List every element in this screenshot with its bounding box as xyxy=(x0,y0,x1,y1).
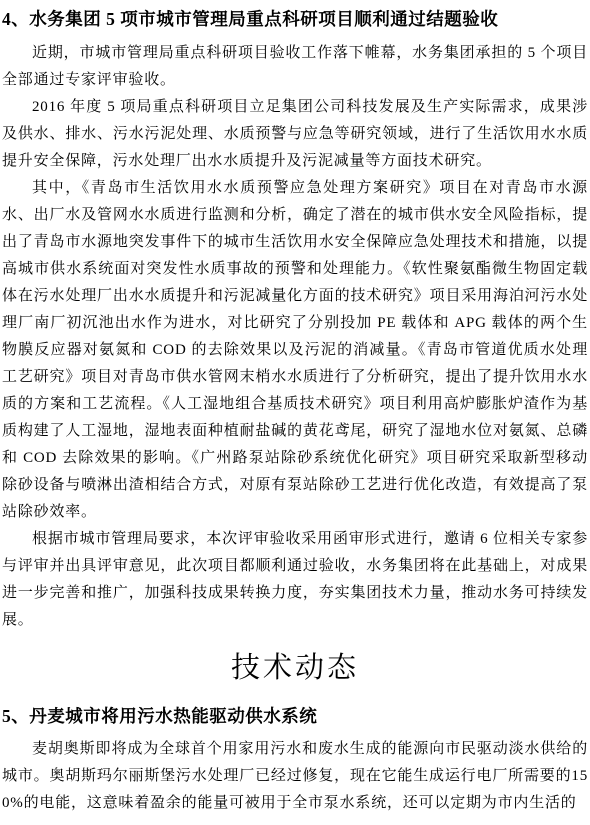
article-4-paragraph-1: 近期，市城市管理局重点科研项目验收工作落下帷幕，水务集团承担的 5 个项目全部通… xyxy=(2,40,588,94)
article-4-paragraph-2: 2016 年度 5 项局重点科研项目立足集团公司科技发展及生产实际需求，成果涉及… xyxy=(2,94,588,175)
article-5-paragraph-1: 麦胡奥斯即将成为全球首个用家用污水和废水生成的能源向市民驱动淡水供给的城市。奥胡… xyxy=(2,736,588,817)
document-page: 4、水务集团 5 项市城市管理局重点科研项目顺利通过结题验收 近期，市城市管理局… xyxy=(0,0,590,817)
article-5-heading: 5、丹麦城市将用污水热能驱动供水系统 xyxy=(2,702,588,730)
section-header-tech-trends: 技术动态 xyxy=(2,648,588,688)
article-4-paragraph-4: 根据市城市管理局要求，本次评审验收采用函审形式进行，邀请 6 位相关专家参与评审… xyxy=(2,526,588,634)
article-4-paragraph-3: 其中，《青岛市生活饮用水水质预警应急处理方案研究》项目在对青岛市水源水、出厂水及… xyxy=(2,175,588,526)
article-4-heading: 4、水务集团 5 项市城市管理局重点科研项目顺利通过结题验收 xyxy=(2,5,588,33)
